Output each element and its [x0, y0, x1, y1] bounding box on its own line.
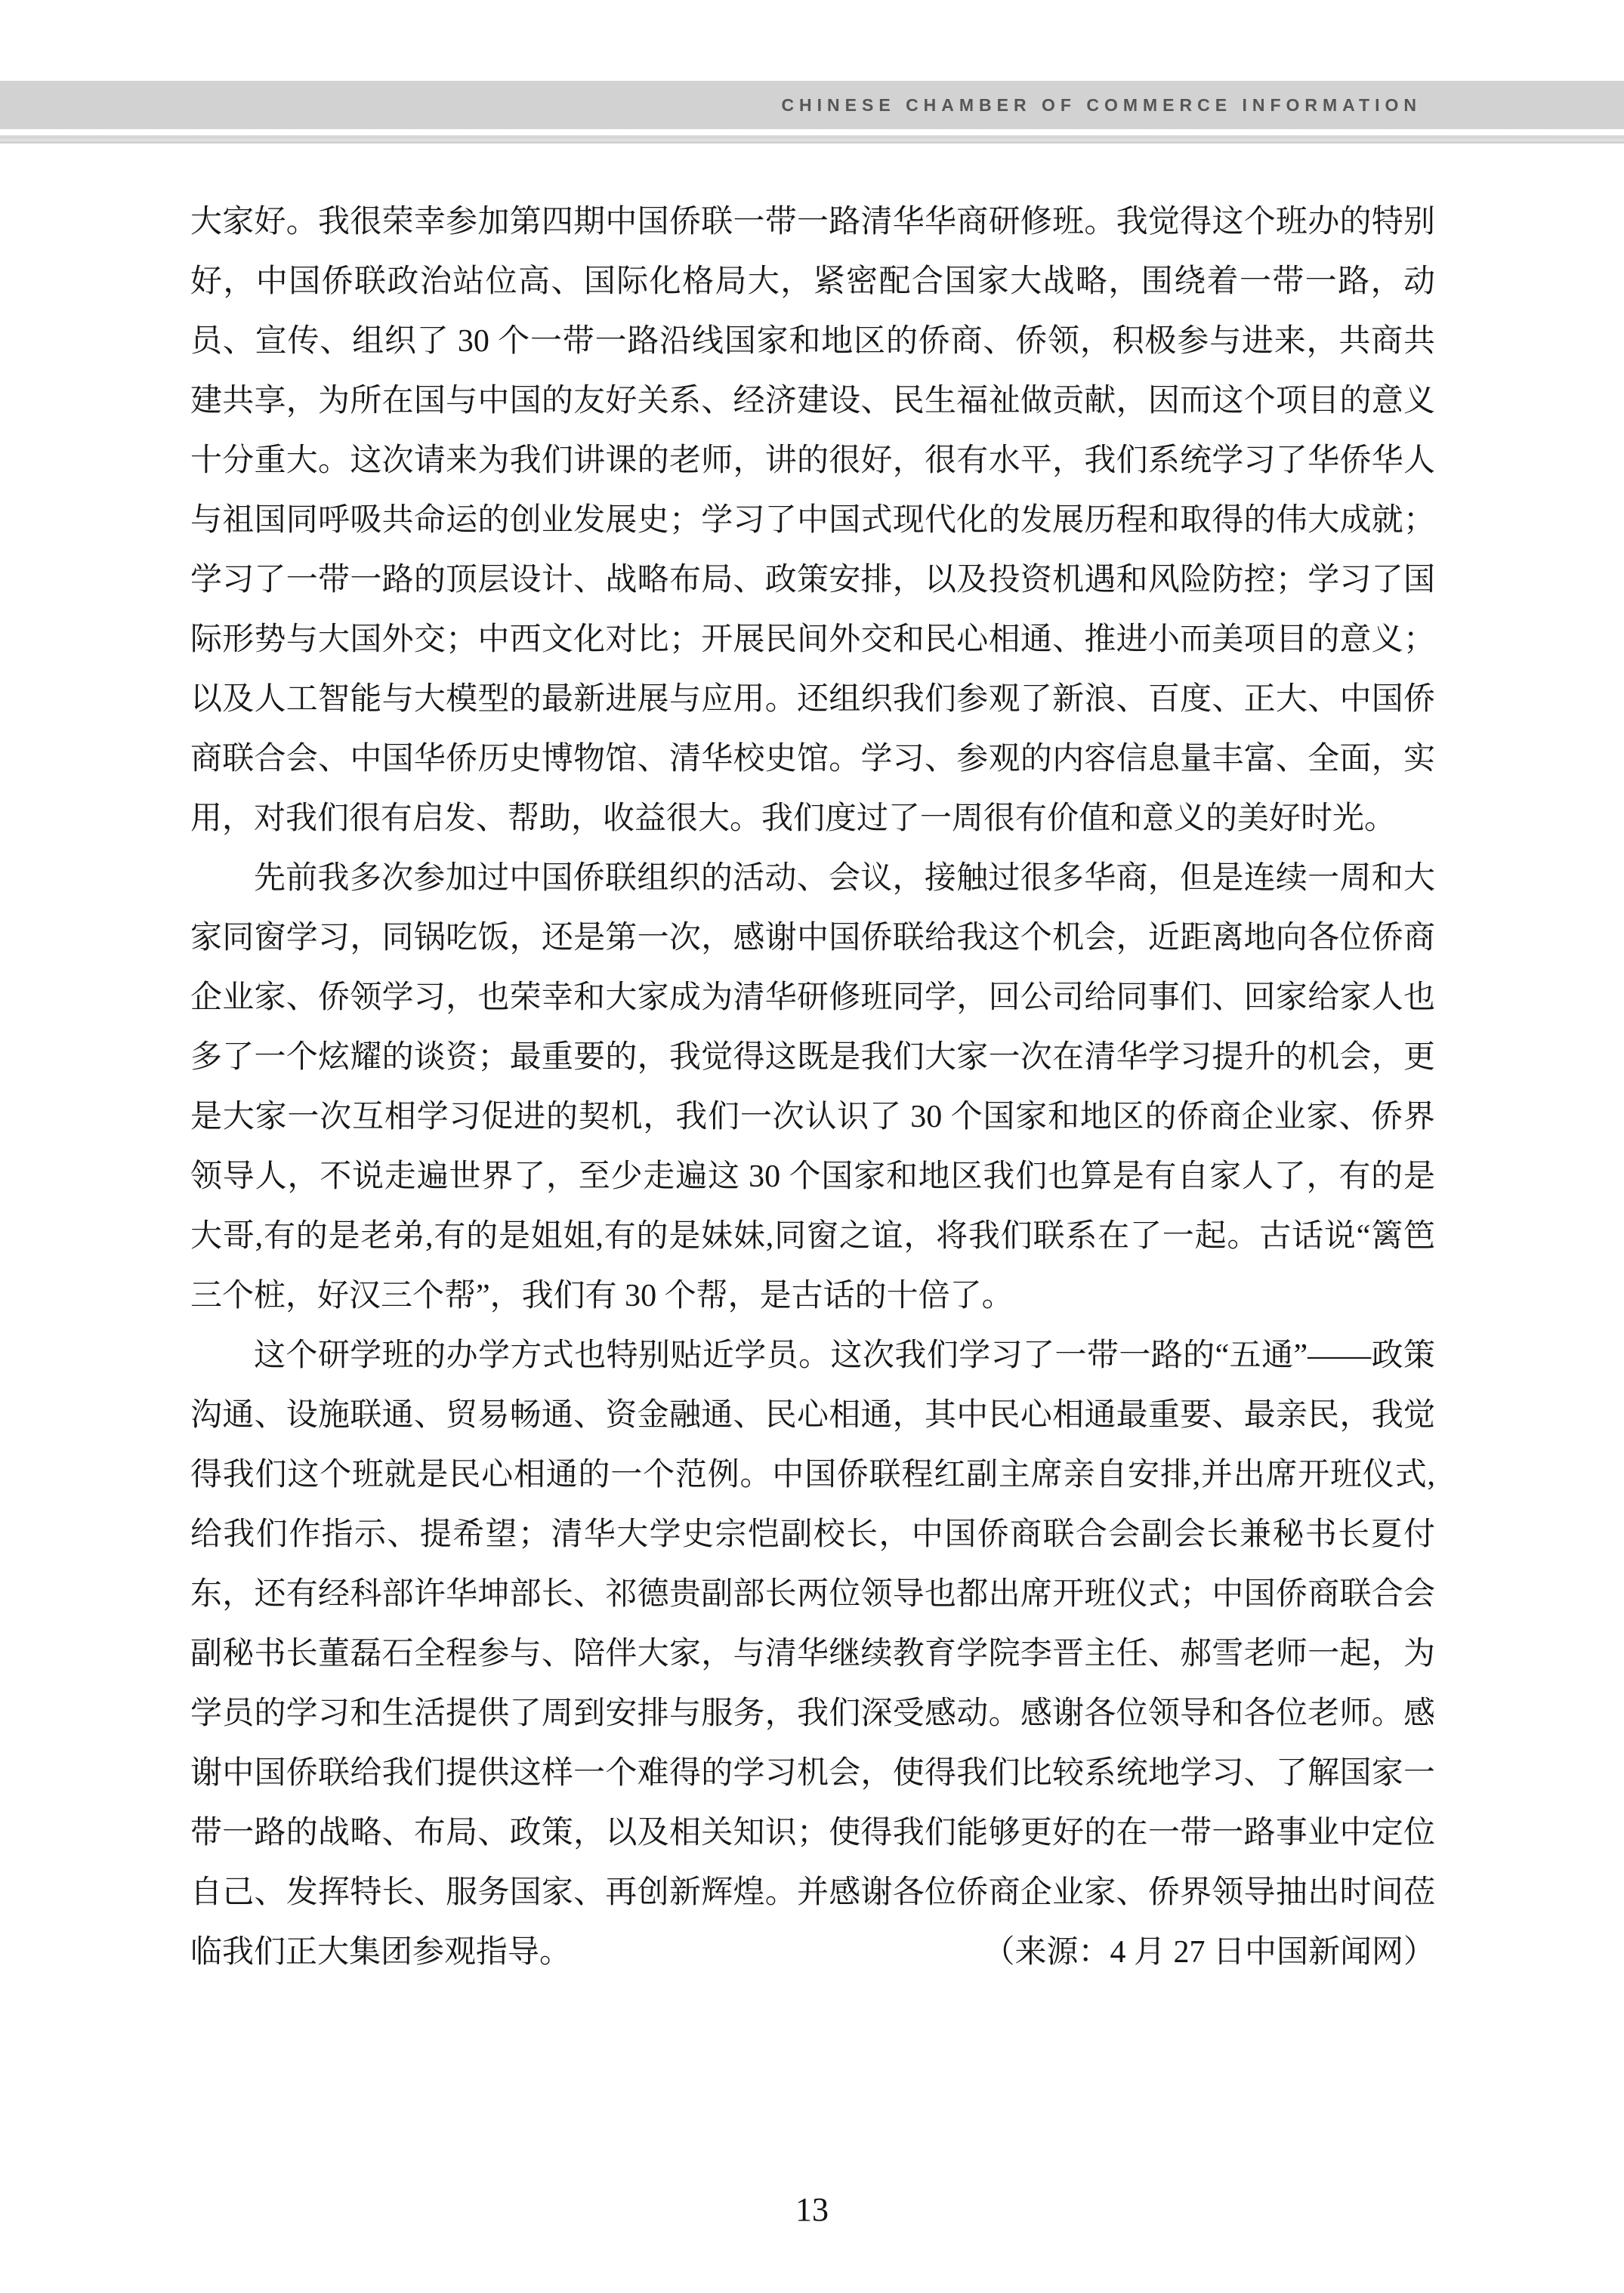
paragraph-3: 这个研学班的办学方式也特别贴近学员。这次我们学习了一带一路的“五通”——政策沟通…	[190, 1326, 1435, 1983]
page-number: 13	[0, 2190, 1624, 2229]
paragraph-3-text: 这个研学班的办学方式也特别贴近学员。这次我们学习了一带一路的“五通”——政策沟通…	[190, 1338, 1435, 1970]
header-banner-title: CHINESE CHAMBER OF COMMERCE INFORMATION	[781, 95, 1624, 116]
source-attribution: （来源：4 月 27 日中国新闻网）	[919, 1923, 1435, 1983]
document-page: CHINESE CHAMBER OF COMMERCE INFORMATION …	[0, 0, 1624, 2293]
paragraph-1: 大家好。我很荣幸参加第四期中国侨联一带一路清华华商研修班。我觉得这个班办的特别好…	[190, 193, 1435, 849]
header-divider-bar	[0, 135, 1624, 144]
header-banner-bar: CHINESE CHAMBER OF COMMERCE INFORMATION	[0, 81, 1624, 129]
article-body: 大家好。我很荣幸参加第四期中国侨联一带一路清华华商研修班。我觉得这个班办的特别好…	[190, 193, 1435, 1983]
paragraph-2: 先前我多次参加过中国侨联组织的活动、会议，接触过很多华商，但是连续一周和大家同窗…	[190, 849, 1435, 1326]
